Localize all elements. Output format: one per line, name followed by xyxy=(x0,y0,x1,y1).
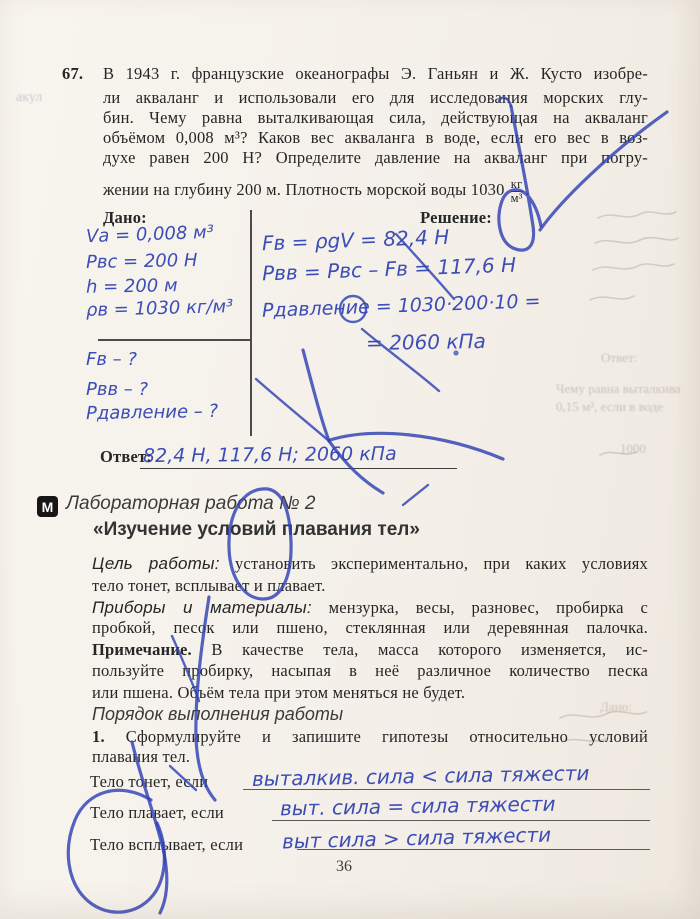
lab-subtitle: «Изучение условий плавания тел» xyxy=(93,519,420,541)
problem-text-final-line: жении на глубину 200 м. Плотность морско… xyxy=(103,178,530,205)
handwritten-find: Рдавление – ? xyxy=(86,401,218,424)
goal-label: Цель работы: xyxy=(92,554,220,573)
lab-note-line1: Примечание. В качестве тела, масса котор… xyxy=(92,640,648,660)
handwritten-solution: = 2060 кПа xyxy=(366,329,486,355)
lab-note-line3: или пшена. Объём тела при этом меняться … xyxy=(92,683,465,703)
problem-text-line: В 1943 г. французские океанографы Э. Ган… xyxy=(103,64,648,84)
step1-line1: 1. Сформулируйте и запишите гипотезы отн… xyxy=(92,727,648,747)
handwritten-solution: Рвв = Рвс – Fв = 117,6 Н xyxy=(262,253,517,286)
problem-text-line: объёмом 0,008 м³? Каков вес акваланга в … xyxy=(103,128,648,148)
badge-letter: М xyxy=(42,499,54,515)
lab-goal-line2: тело тонет, всплывает и плавает. xyxy=(92,576,326,596)
handwritten-given: Рвс = 200 Н xyxy=(86,250,198,273)
handwritten-given: h = 200 м xyxy=(86,275,178,298)
problem-text-line: бин. Чему равна выталкивающая сила, дейс… xyxy=(103,108,648,128)
page-number: 36 xyxy=(336,858,352,876)
fraction-numerator: кг xyxy=(511,177,523,191)
step1-text: Сформулируйте и запишите гипотезы относи… xyxy=(105,727,648,746)
bleedthrough-text: 0,15 м³, если в воде xyxy=(556,399,663,415)
step1-line2: плавания тел. xyxy=(92,747,190,767)
handwritten-solution: Рдавление = 1030·200·10 = xyxy=(262,290,541,322)
pen-vertical-stroke xyxy=(132,742,167,913)
lab-goal-line1: Цель работы: установить экспериментально… xyxy=(92,554,648,574)
note-text: В качестве тела, масса которого изменяет… xyxy=(192,640,648,659)
bleedthrough-text: Чему равна выталкива xyxy=(556,381,681,397)
handwritten-solution: Fв = ρgV = 82,4 Н xyxy=(262,225,450,256)
handwritten-hypothesis-floats: выт. сила = сила тяжести xyxy=(280,792,556,821)
note-label: Примечание. xyxy=(92,640,192,659)
sentence-period: . xyxy=(526,180,530,199)
handwritten-hypothesis-sinks: выталкив. сила < сила тяжести xyxy=(252,761,590,791)
row-label-floats: Тело плавает, если xyxy=(90,803,224,823)
lab-equipment-line2: пробкой, песок или пшено, стеклянная или… xyxy=(92,618,648,638)
goal-text: установить экспериментально, при каких у… xyxy=(220,554,648,573)
row-label-rises: Тело всплывает, если xyxy=(90,835,243,855)
row-label-sinks: Тело тонет, если xyxy=(90,772,208,792)
fraction-denominator: м³ xyxy=(511,191,523,205)
equipment-text: мензурка, весы, разновес, пробирка с xyxy=(312,598,648,617)
workbook-page-photo: акул Ответ: Чему равна выталкива 0,15 м³… xyxy=(0,0,700,919)
lab-equipment-line1: Приборы и материалы: мензурка, весы, раз… xyxy=(92,598,648,618)
handwritten-find: Рвв – ? xyxy=(86,379,148,400)
density-unit-fraction: кгм³ xyxy=(511,178,523,205)
problem-text-line: духе равен 200 Н? Определите давление на… xyxy=(103,148,648,168)
given-find-separator xyxy=(98,339,250,341)
given-solution-divider xyxy=(250,210,252,436)
bleedthrough-text: 1000 xyxy=(620,441,646,457)
handwritten-given: Vа = 0,008 м³ xyxy=(86,222,215,247)
procedure-heading: Порядок выполнения работы xyxy=(92,704,343,725)
equipment-label: Приборы и материалы: xyxy=(92,598,312,617)
handwritten-answer: 82,4 Н, 117,6 Н; 2060 кПа xyxy=(143,443,397,467)
lab-note-line2: пользуйте пробирку, насыпая в неё различ… xyxy=(92,661,648,681)
pen-check-bottom-arm xyxy=(303,350,329,441)
lab-title: Лабораторная работа № 2 xyxy=(66,493,315,515)
bleedthrough-text: акул xyxy=(16,90,42,106)
bleedthrough-text: Ответ: xyxy=(601,350,637,366)
handwritten-find: Fв – ? xyxy=(86,349,137,370)
step1-number: 1. xyxy=(92,727,105,746)
bleedthrough-text: Дано: xyxy=(600,699,632,715)
answer-underline xyxy=(140,468,457,469)
pen-check-bottom-arm2 xyxy=(256,379,329,441)
problem-text-line: ли акваланг и использовали его для иссле… xyxy=(103,88,648,108)
handwritten-given: ρв = 1030 кг/м³ xyxy=(86,296,234,321)
problem-final-text: жении на глубину 200 м. Плотность морско… xyxy=(103,180,505,199)
problem-number: 67. xyxy=(62,64,83,84)
fill-in-line xyxy=(272,820,650,821)
pen-stray-stroke xyxy=(403,485,428,505)
model-badge: М xyxy=(37,496,58,517)
